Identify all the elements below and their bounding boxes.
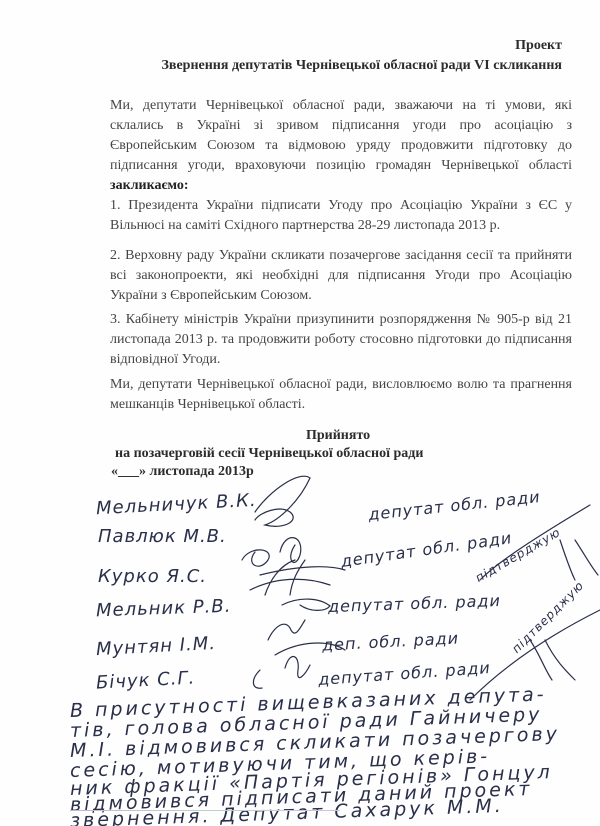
scanned-document-page: Проект Звернення депутатів Чернівецької … [0,0,600,826]
scan-artifact-line [70,810,340,811]
